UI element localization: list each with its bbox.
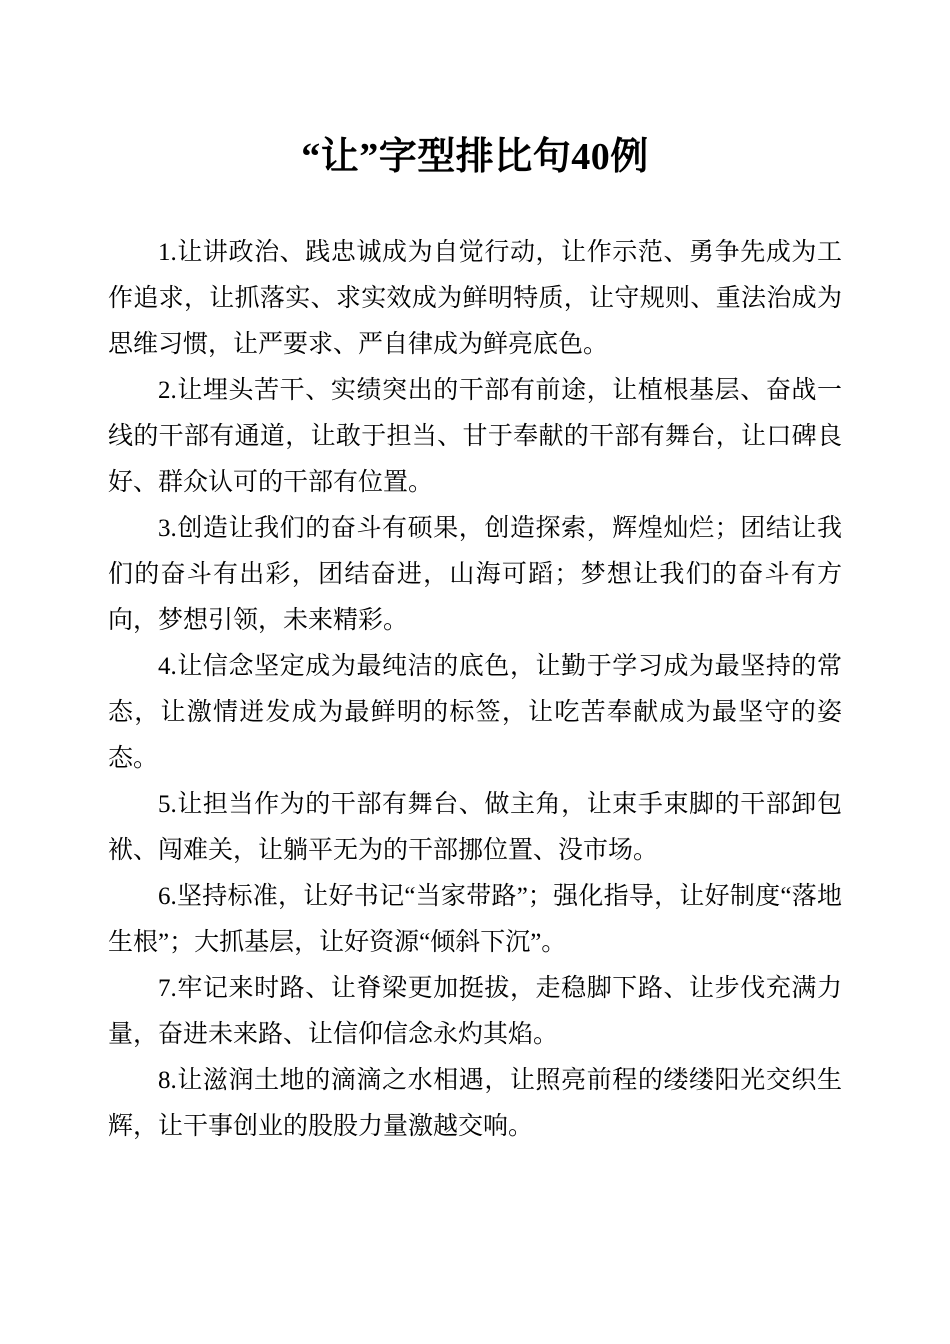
paragraph-2: 2.让埋头苦干、实绩突出的干部有前途，让植根基层、奋战一线的干部有通道，让敢于担… xyxy=(108,368,842,506)
paragraph-4: 4.让信念坚定成为最纯洁的底色，让勤于学习成为最坚持的常态，让激情迸发成为最鲜明… xyxy=(108,644,842,782)
document-title: “让”字型排比句40例 xyxy=(0,0,950,178)
document-body: 1.让讲政治、践忠诚成为自觉行动，让作示范、勇争先成为工作追求，让抓落实、求实效… xyxy=(108,230,842,1150)
paragraph-8: 8.让滋润土地的滴滴之水相遇，让照亮前程的缕缕阳光交织生辉，让干事创业的股股力量… xyxy=(108,1058,842,1150)
document-page: “让”字型排比句40例 1.让讲政治、践忠诚成为自觉行动，让作示范、勇争先成为工… xyxy=(0,0,950,1344)
paragraph-3: 3.创造让我们的奋斗有硕果，创造探索，辉煌灿烂；团结让我们的奋斗有出彩，团结奋进… xyxy=(108,506,842,644)
paragraph-5: 5.让担当作为的干部有舞台、做主角，让束手束脚的干部卸包袱、闯难关，让躺平无为的… xyxy=(108,782,842,874)
paragraph-7: 7.牢记来时路、让脊梁更加挺拔，走稳脚下路、让步伐充满力量，奋进未来路、让信仰信… xyxy=(108,966,842,1058)
paragraph-6: 6.坚持标准，让好书记“当家带路”；强化指导，让好制度“落地生根”；大抓基层，让… xyxy=(108,874,842,966)
paragraph-1: 1.让讲政治、践忠诚成为自觉行动，让作示范、勇争先成为工作追求，让抓落实、求实效… xyxy=(108,230,842,368)
